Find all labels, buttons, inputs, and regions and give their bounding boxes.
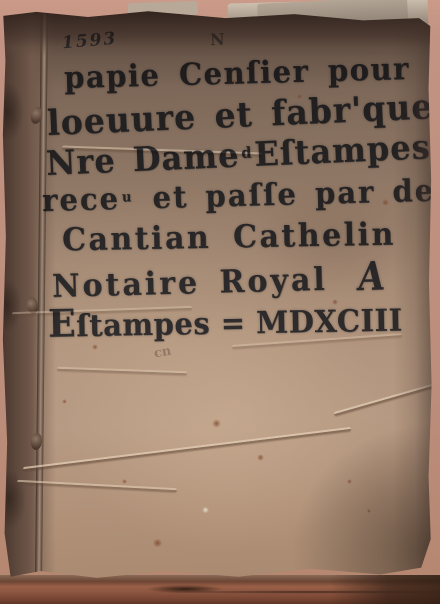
photo-scene: 1593 N papie Cenſier pour loeuure et fab… xyxy=(0,0,440,604)
year-inscription: 1593 xyxy=(61,29,118,54)
notary-name-line: Cantian Cathelin xyxy=(62,216,396,259)
corner-letter-mark: N xyxy=(210,30,225,49)
title-line-3-post: Eſtampes xyxy=(253,127,431,175)
title-line-3-pre: Nre Dame xyxy=(45,135,240,183)
parchment-book-cover: 1593 N papie Cenſier pour loeuure et fab… xyxy=(2,9,432,579)
table-surface-bottom xyxy=(0,575,440,604)
title-line-4-mid: et paſſe par de xyxy=(135,172,436,216)
place-date-line: Eſtampes = MDXCIII xyxy=(48,295,403,346)
title-line-4-superscript-1: u xyxy=(122,190,134,206)
ink-inscription: 1593 N papie Cenſier pour loeuure et fab… xyxy=(2,9,432,579)
title-line-4-pre: rece xyxy=(42,181,121,219)
notary-name-text: Cantian Cathelin xyxy=(62,216,396,259)
title-line-3-superscript: d xyxy=(241,144,253,162)
flourish-letter: A xyxy=(355,253,389,300)
faint-mid-mark: cn xyxy=(153,344,173,362)
place-date-text: Eſtampes = MDXCIII xyxy=(48,302,403,344)
